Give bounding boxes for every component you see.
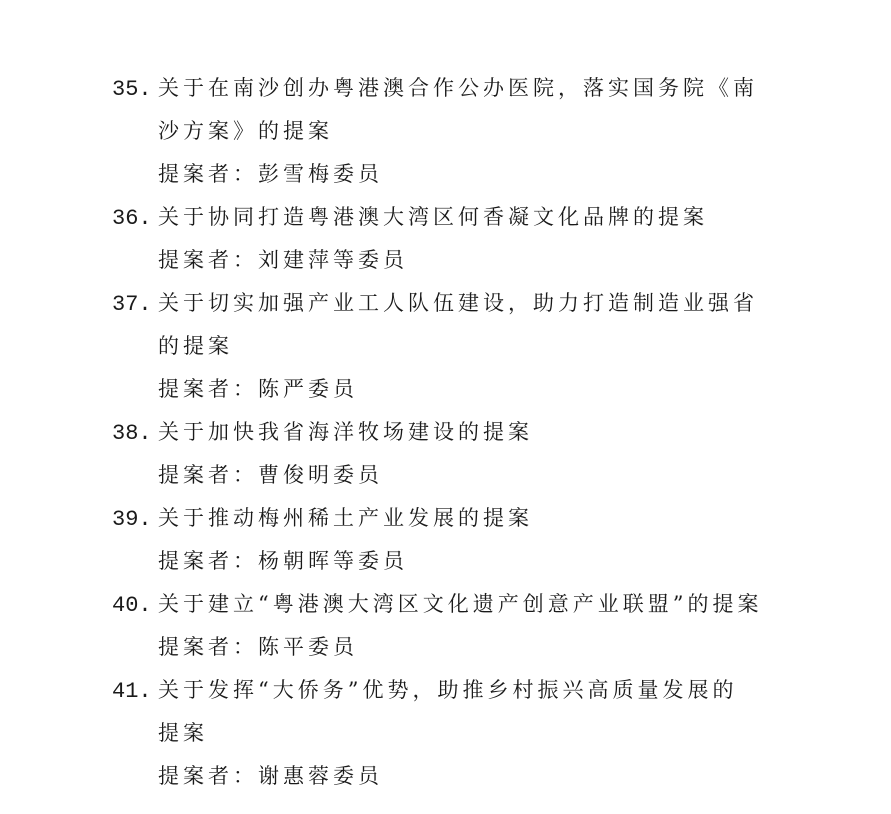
proposal-title-continued: 沙方案》的提案 — [158, 119, 333, 143]
proposer-name: 谢惠蓉委员 — [258, 764, 383, 788]
proposal-title-line: 的提案 — [112, 330, 812, 373]
proposer-label: 提案者： — [158, 248, 258, 272]
proposal-title: 关于建立“粤港澳大湾区文化遗产创意产业联盟”的提案 — [158, 592, 762, 616]
proposal-title-line: 35.关于在南沙创办粤港澳合作公办医院，落实国务院《南 — [112, 72, 812, 115]
proposal-item-40: 40.关于建立“粤港澳大湾区文化遗产创意产业联盟”的提案 提案者：陈平委员 — [112, 588, 812, 674]
proposal-number: 41. — [112, 676, 158, 708]
proposer-label: 提案者： — [158, 463, 258, 487]
proposal-title-line: 40.关于建立“粤港澳大湾区文化遗产创意产业联盟”的提案 — [112, 588, 812, 631]
proposer-line: 提案者：陈严委员 — [112, 373, 812, 416]
proposer-label: 提案者： — [158, 377, 258, 401]
proposer-line: 提案者：彭雪梅委员 — [112, 158, 812, 201]
proposal-title-continued: 提案 — [158, 721, 208, 745]
proposal-title-line: 38.关于加快我省海洋牧场建设的提案 — [112, 416, 812, 459]
proposal-title-line: 提案 — [112, 717, 812, 760]
proposal-number: 36. — [112, 203, 158, 235]
proposer-label: 提案者： — [158, 549, 258, 573]
proposal-number: 35. — [112, 74, 158, 106]
proposal-number: 38. — [112, 418, 158, 450]
proposal-item-35: 35.关于在南沙创办粤港澳合作公办医院，落实国务院《南 沙方案》的提案 提案者：… — [112, 72, 812, 201]
proposal-list: 35.关于在南沙创办粤港澳合作公办医院，落实国务院《南 沙方案》的提案 提案者：… — [112, 72, 812, 803]
proposal-title: 关于加快我省海洋牧场建设的提案 — [158, 420, 533, 444]
proposer-line: 提案者：谢惠蓉委员 — [112, 760, 812, 803]
proposer-name: 刘建萍等委员 — [258, 248, 408, 272]
proposal-item-36: 36.关于协同打造粤港澳大湾区何香凝文化品牌的提案 提案者：刘建萍等委员 — [112, 201, 812, 287]
proposer-name: 陈平委员 — [258, 635, 358, 659]
proposal-title: 关于推动梅州稀土产业发展的提案 — [158, 506, 533, 530]
proposer-label: 提案者： — [158, 162, 258, 186]
proposal-title-line: 39.关于推动梅州稀土产业发展的提案 — [112, 502, 812, 545]
proposal-number: 37. — [112, 289, 158, 321]
proposal-title: 关于发挥“大侨务”优势，助推乡村振兴高质量发展的 — [158, 678, 737, 702]
proposal-item-38: 38.关于加快我省海洋牧场建设的提案 提案者：曹俊明委员 — [112, 416, 812, 502]
proposer-line: 提案者：刘建萍等委员 — [112, 244, 812, 287]
proposal-title-line: 37.关于切实加强产业工人队伍建设，助力打造制造业强省 — [112, 287, 812, 330]
proposer-line: 提案者：曹俊明委员 — [112, 459, 812, 502]
proposal-title-line: 41.关于发挥“大侨务”优势，助推乡村振兴高质量发展的 — [112, 674, 812, 717]
proposal-item-41: 41.关于发挥“大侨务”优势，助推乡村振兴高质量发展的 提案 提案者：谢惠蓉委员 — [112, 674, 812, 803]
proposal-number: 39. — [112, 504, 158, 536]
proposal-number: 40. — [112, 590, 158, 622]
proposal-title: 关于切实加强产业工人队伍建设，助力打造制造业强省 — [158, 291, 758, 315]
proposer-label: 提案者： — [158, 764, 258, 788]
proposer-name: 杨朝晖等委员 — [258, 549, 408, 573]
proposer-name: 曹俊明委员 — [258, 463, 383, 487]
proposal-item-39: 39.关于推动梅州稀土产业发展的提案 提案者：杨朝晖等委员 — [112, 502, 812, 588]
proposal-title: 关于协同打造粤港澳大湾区何香凝文化品牌的提案 — [158, 205, 708, 229]
proposal-title-continued: 的提案 — [158, 334, 233, 358]
proposer-line: 提案者：陈平委员 — [112, 631, 812, 674]
proposal-title-line: 沙方案》的提案 — [112, 115, 812, 158]
proposal-item-37: 37.关于切实加强产业工人队伍建设，助力打造制造业强省 的提案 提案者：陈严委员 — [112, 287, 812, 416]
proposal-title-line: 36.关于协同打造粤港澳大湾区何香凝文化品牌的提案 — [112, 201, 812, 244]
proposer-name: 彭雪梅委员 — [258, 162, 383, 186]
proposal-title: 关于在南沙创办粤港澳合作公办医院，落实国务院《南 — [158, 76, 758, 100]
proposer-label: 提案者： — [158, 635, 258, 659]
proposer-name: 陈严委员 — [258, 377, 358, 401]
proposer-line: 提案者：杨朝晖等委员 — [112, 545, 812, 588]
